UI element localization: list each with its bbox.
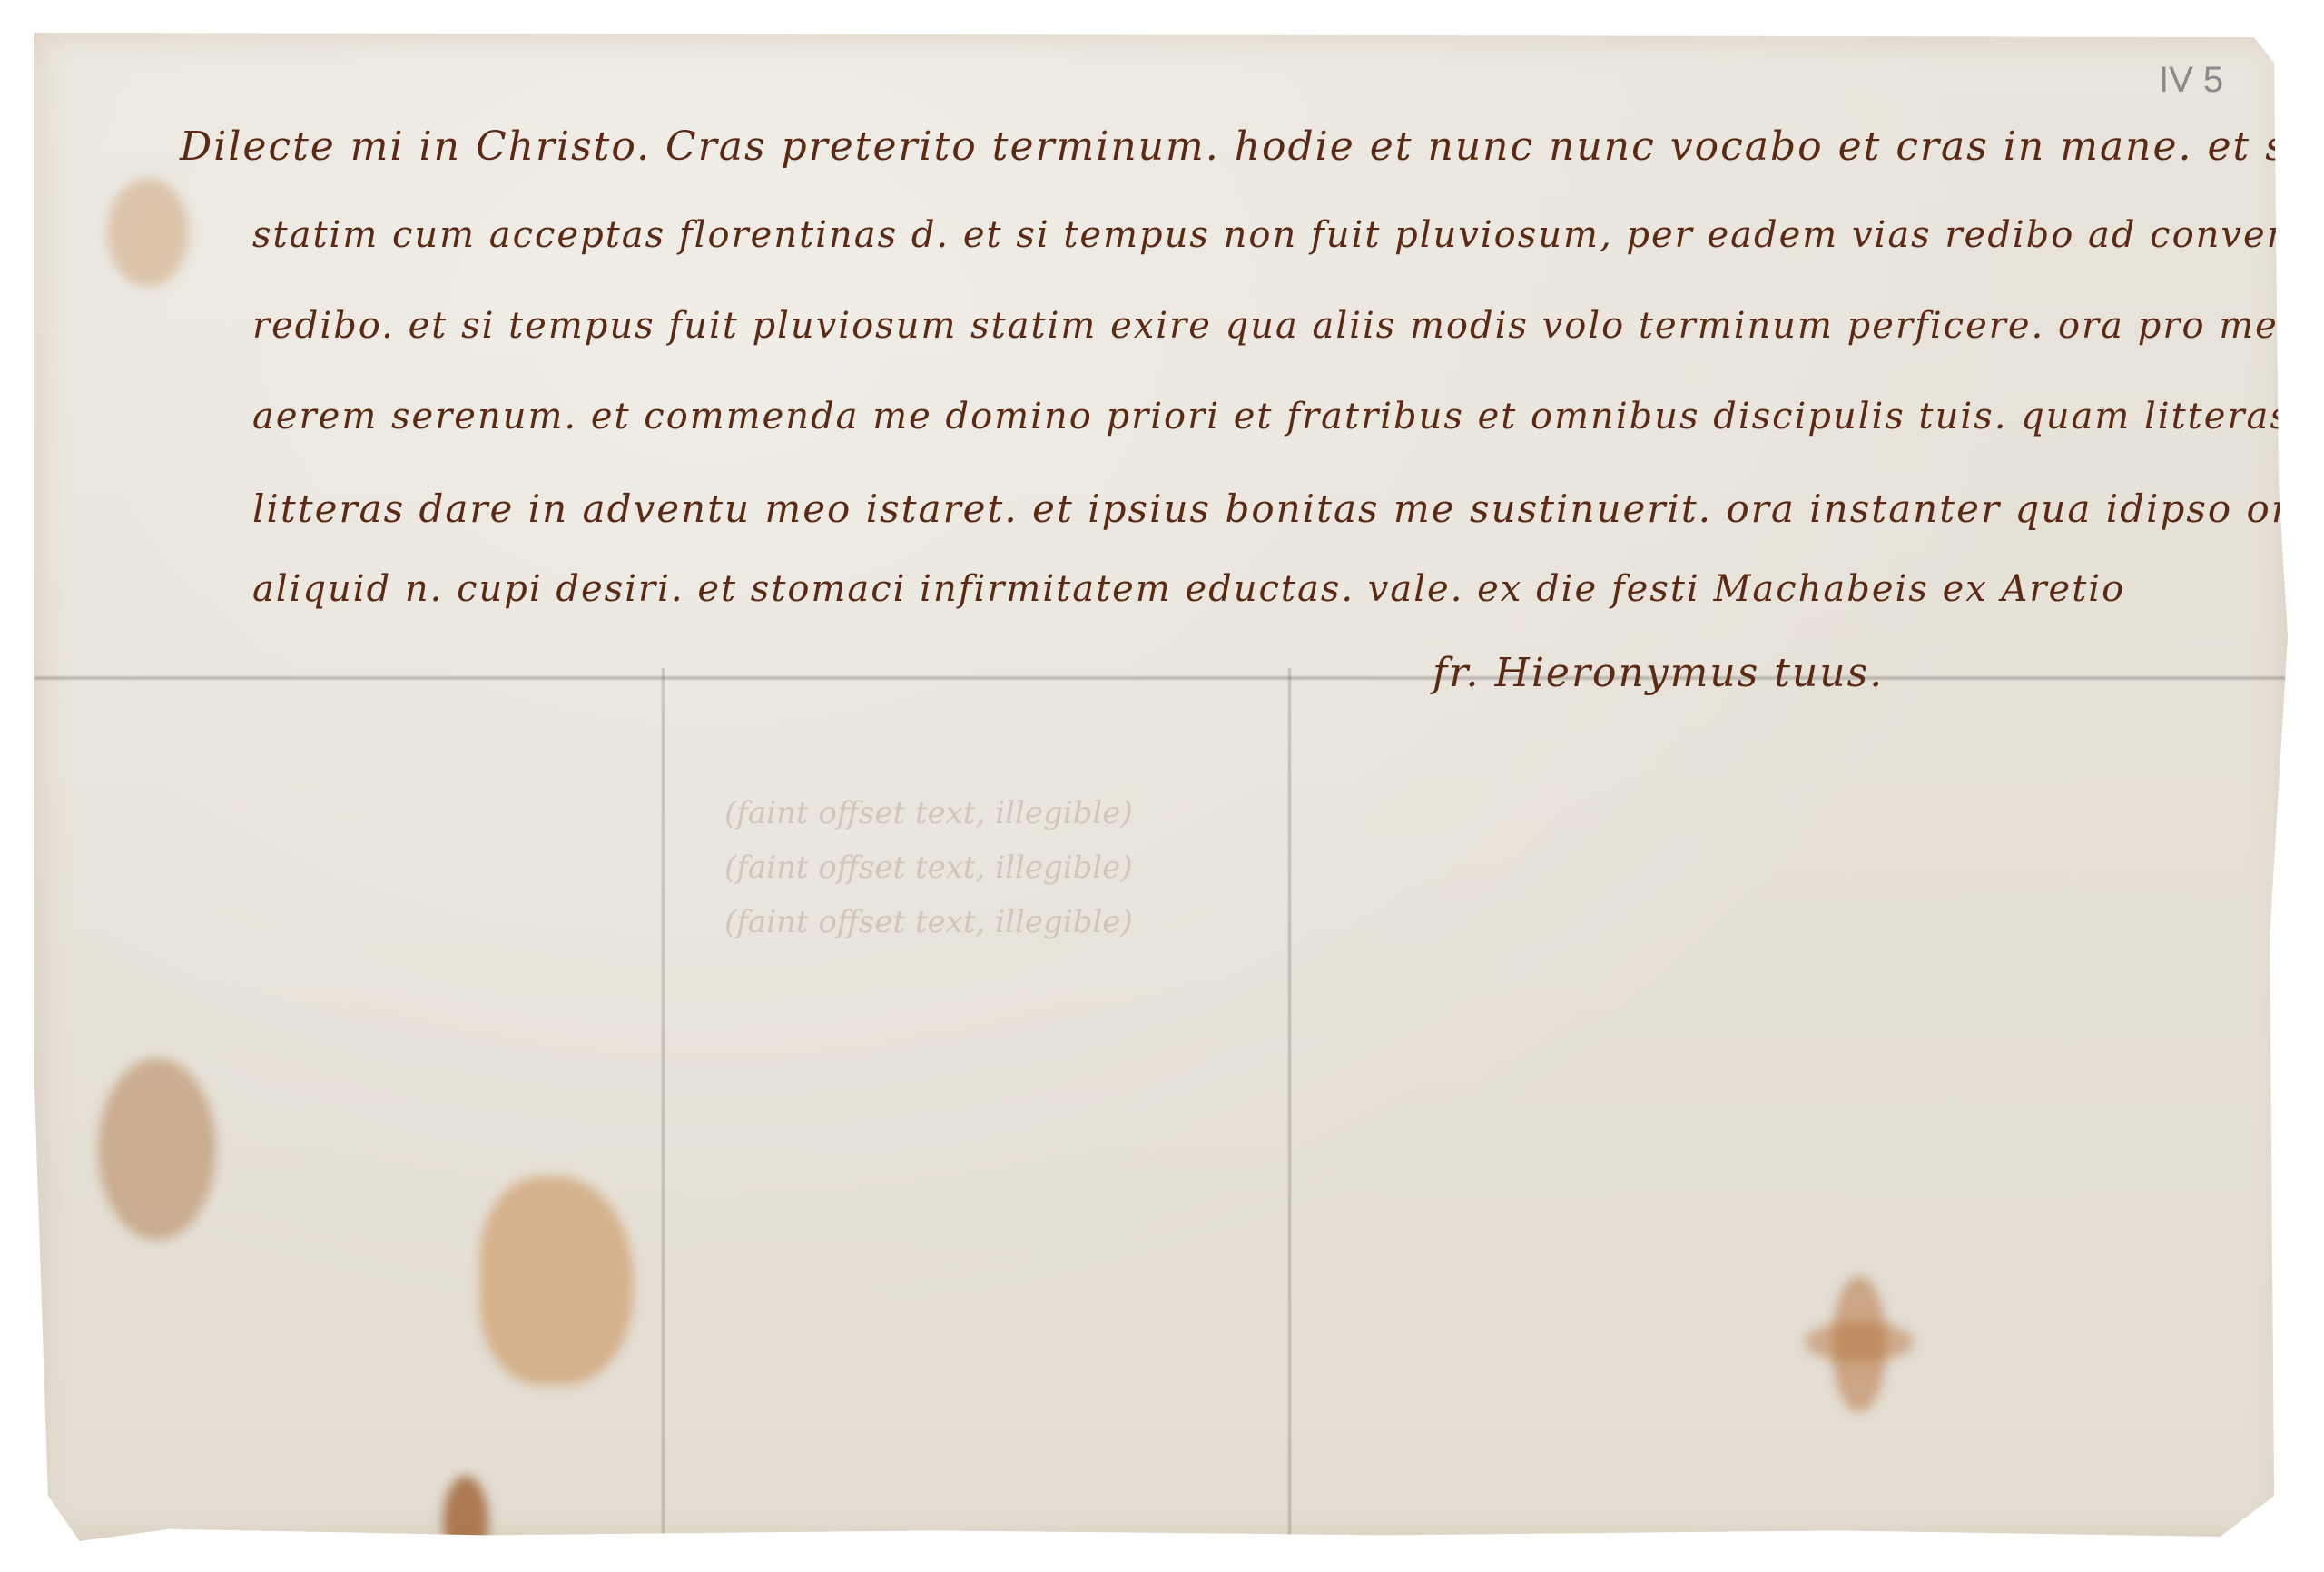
stain-bottom xyxy=(443,1476,488,1567)
bleed-through-2: (faint offset text, illegible) xyxy=(724,850,1133,886)
stain-top-left xyxy=(107,178,189,287)
horizontal-fold xyxy=(34,675,2288,681)
signature: fr. Hieronymus tuus. xyxy=(1433,650,1884,696)
text-line-6: aliquid n. cupi desiri. et stomaci infir… xyxy=(252,568,2125,610)
letter-sheet: IV 5 Dilecte mi in Christo. Cras preteri… xyxy=(34,33,2288,1541)
stain-left-large xyxy=(98,1058,216,1240)
text-line-4: aerem serenum. et commenda me domino pri… xyxy=(252,396,2324,437)
vertical-fold-right xyxy=(1287,668,1292,1541)
vertical-fold-left xyxy=(661,668,665,1541)
bleed-through-1: (faint offset text, illegible) xyxy=(724,795,1133,831)
text-line-5: litteras dare in adventu meo istaret. et… xyxy=(252,486,2324,531)
text-line-2: statim cum acceptas florentinas d. et si… xyxy=(252,214,2324,256)
stain-right-cross-h xyxy=(1805,1321,1914,1362)
bleed-through-3: (faint offset text, illegible) xyxy=(724,904,1133,940)
text-line-3: redibo. et si tempus fuit pluviosum stat… xyxy=(252,305,2324,347)
stain-center-left xyxy=(479,1176,634,1385)
text-line-1: Dilecte mi in Christo. Cras preterito te… xyxy=(180,123,2324,170)
archive-mark: IV 5 xyxy=(2159,60,2223,101)
